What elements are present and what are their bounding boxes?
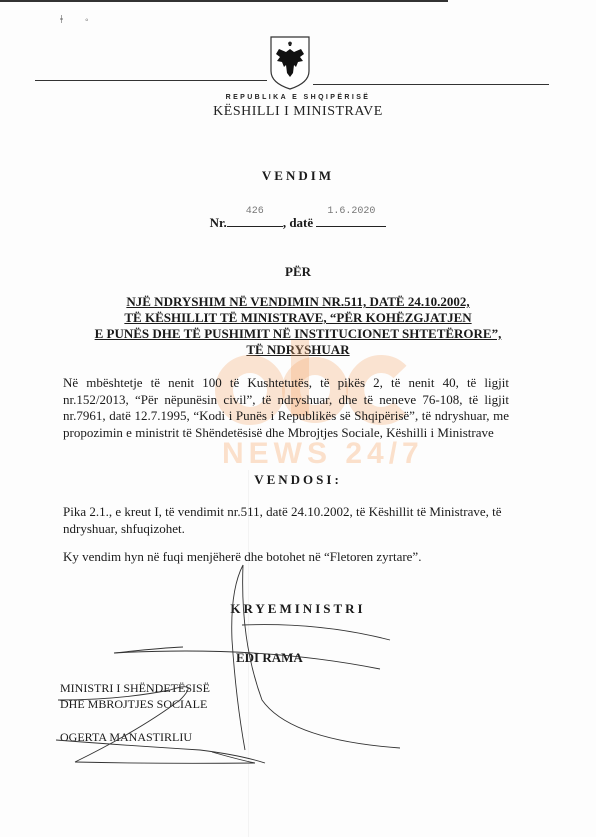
- vendosi-heading: VENDOSI:: [0, 472, 596, 488]
- watermark-text: NEWS 24/7: [222, 437, 424, 471]
- header-rule-right: [313, 84, 549, 85]
- minister-title: MINISTRI I SHËNDETËSISË DHE MBROJTJES SO…: [60, 680, 210, 712]
- title-line: E PUNËS DHE TË PUSHIMIT NË INSTITUCIONET…: [60, 326, 536, 342]
- number-prefix: Nr.: [210, 215, 227, 230]
- number-value: 426: [227, 206, 283, 217]
- number-field: 426: [227, 212, 283, 227]
- title-line: TË NDRYSHUAR: [60, 342, 536, 358]
- scan-top-border: [0, 0, 448, 2]
- albanian-eagle-emblem-icon: [269, 35, 311, 91]
- number-date-line: Nr.426, datë 1.6.2020: [0, 212, 596, 231]
- title-line: TË KËSHILLIT TË MINISTRAVE, “PËR KOHËZGJ…: [60, 310, 536, 326]
- document-type: VENDIM: [0, 168, 596, 184]
- pm-title: KRYEMINISTRI: [0, 601, 596, 617]
- decision-point-1: Pika 2.1., e kreut I, të vendimit nr.511…: [63, 504, 523, 537]
- council-title: KËSHILLI I MINISTRAVE: [0, 104, 596, 120]
- minister-title-line: MINISTRI I SHËNDETËSISË: [60, 680, 210, 696]
- scan-marks: ǂ◦: [60, 12, 89, 27]
- header-rule-left: [35, 80, 267, 81]
- pm-name: EDI RAMA: [236, 650, 303, 666]
- date-field: 1.6.2020: [316, 212, 386, 227]
- scan-fold-line: [248, 470, 249, 837]
- preamble-paragraph: Në mbështetje të nenit 100 të Kushtetutë…: [63, 375, 509, 441]
- per-label: PËR: [0, 264, 596, 280]
- decision-title: NJË NDRYSHIM NË VENDIMIN NR.511, DATË 24…: [60, 294, 536, 358]
- title-line: NJË NDRYSHIM NË VENDIMIN NR.511, DATË 24…: [60, 294, 536, 310]
- minister-title-line: DHE MBROJTJES SOCIALE: [60, 696, 210, 712]
- date-value: 1.6.2020: [316, 206, 386, 217]
- decision-point-2: Ky vendim hyn në fuqi menjëherë dhe boto…: [63, 549, 509, 566]
- minister-name: OGERTA MANASTIRLIU: [60, 730, 192, 745]
- date-prefix: , datë: [283, 215, 313, 230]
- republic-label: REPUBLIKA E SHQIPËRISË: [0, 94, 596, 101]
